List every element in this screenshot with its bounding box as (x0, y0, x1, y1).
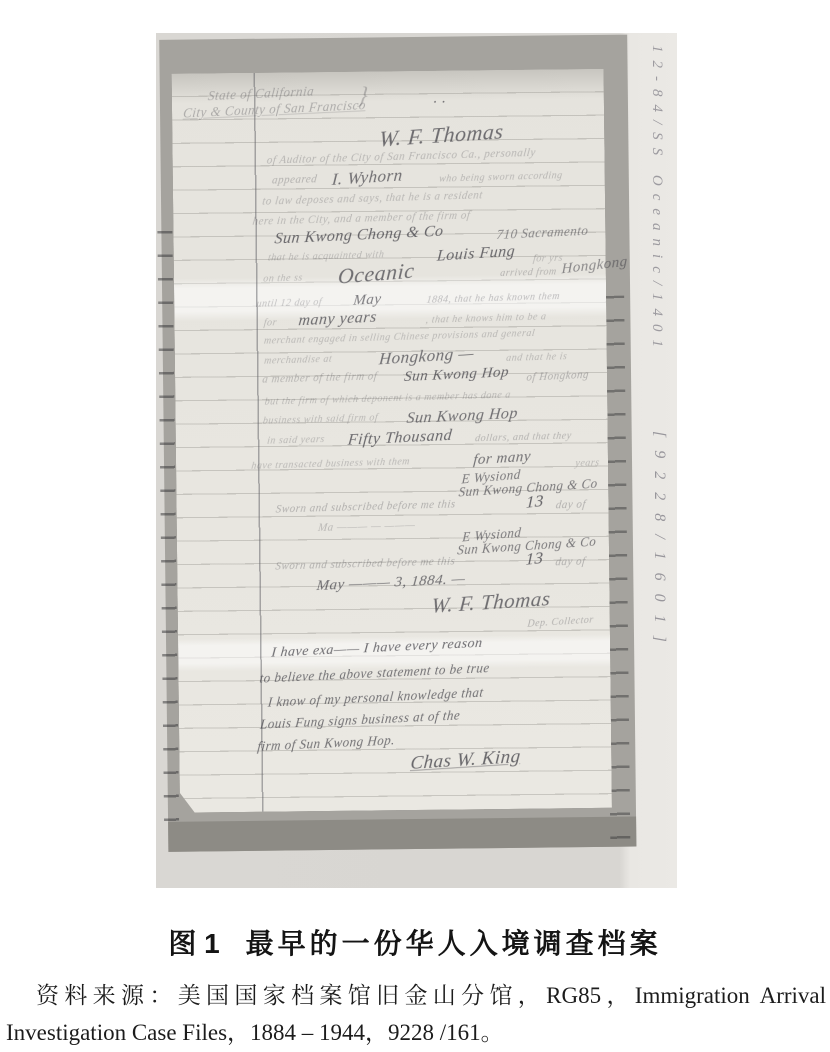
figure-source-line2: Investigation Case Files，1884 – 1944，922… (6, 1014, 826, 1051)
handwriting-line: Fifty Thousand (347, 427, 453, 450)
archival-photo: State of California}City & County of San… (156, 33, 677, 888)
handwriting-line: 1884, that he has known them (426, 291, 561, 306)
handwriting-layer: State of California}City & County of San… (156, 33, 677, 888)
handwriting-line: Dep. Collector (527, 615, 594, 630)
handwriting-line: I know of my personal knowledge that (267, 685, 484, 711)
margin-annotation-vertical-2: [9228/1601] (650, 431, 668, 655)
handwriting-line: to law deposes and says, that he is a re… (262, 189, 484, 207)
handwriting-line: 13 (525, 548, 544, 570)
handwriting-line: for yrs (532, 253, 563, 265)
handwriting-line: May ——— 3, 1884. — (316, 571, 466, 595)
handwriting-line: in said years (266, 434, 325, 447)
handwriting-line: to believe the above statement to be tru… (259, 660, 490, 687)
photo-tilt-group: State of California}City & County of San… (156, 33, 677, 888)
handwriting-line: until 12 day of (256, 297, 323, 310)
figure-source: 资料来源：美国国家档案馆旧金山分馆，RG85，Immigration Arriv… (6, 977, 826, 1051)
handwriting-line: have transacted business with them (251, 456, 411, 472)
handwriting-line: merchandise at (264, 354, 333, 367)
handwriting-line: a member of the firm of (262, 370, 378, 385)
handwriting-line: of Auditor of the City of San Francisco … (266, 147, 536, 167)
handwriting-line: for many (473, 449, 532, 470)
handwriting-line: for (263, 317, 277, 328)
margin-annotation-vertical-1: 12-84/SS Oceanic/1401 (648, 45, 665, 355)
handwriting-line: merchant engaged in selling Chinese prov… (263, 328, 535, 347)
handwriting-line: appeared (271, 173, 317, 186)
handwriting-line: Sworn and subscribed before me this (275, 498, 456, 515)
handwriting-line: Sun Kwong Hop (406, 405, 519, 428)
handwriting-line: firm of Sun Kwong Hop. (257, 732, 396, 754)
handwriting-line: and that he is (506, 351, 568, 364)
handwriting-line: · · (432, 95, 447, 112)
handwriting-line: Louis Fung signs business at of the (259, 708, 461, 733)
handwriting-line: day of (555, 499, 587, 512)
handwriting-line: Oceanic (337, 258, 415, 290)
handwriting-line: arrived from (500, 266, 558, 279)
handwriting-line: years (575, 457, 600, 469)
handwriting-line: many years (298, 309, 378, 331)
handwriting-line: I have exa—— I have every reason (271, 636, 484, 662)
handwriting-line: Louis Fung (436, 243, 516, 266)
handwriting-line: Sun Kwong Chong & Co (274, 223, 445, 249)
handwriting-line: of Hongkong (526, 369, 590, 384)
handwriting-line: 13 (526, 491, 545, 513)
handwriting-line: who being sworn according (439, 170, 564, 185)
handwriting-line: , that he knows him to be a (425, 311, 547, 326)
figure-source-line1: 资料来源：美国国家档案馆旧金山分馆，RG85，Immigration Arriv… (36, 977, 826, 1014)
handwriting-line: 710 Sacramento (496, 223, 589, 243)
handwriting-line: May (352, 291, 382, 309)
handwriting-line: dollars, and that they (474, 431, 572, 445)
handwriting-line: Hongkong (561, 254, 627, 279)
handwriting-line: but the firm of which deponent is a memb… (264, 390, 511, 408)
handwriting-line: I. Wyhorn (331, 165, 403, 190)
handwriting-line: Chas W. King (410, 746, 522, 775)
handwriting-line: on the ss (263, 273, 304, 285)
handwriting-line: W. F. Thomas (431, 586, 552, 619)
handwriting-line: business with said firm of (262, 412, 378, 426)
figure-caption: 图 1最早的一份华人入境调查档案 (0, 922, 830, 962)
handwriting-line: Sun Kwong Hop (403, 364, 509, 386)
handwriting-line: Sworn and subscribed before me this (275, 555, 456, 572)
figure-caption-label: 图 1 (168, 928, 219, 959)
handwriting-line: Ma ——— — ——— (317, 519, 416, 534)
handwriting-line: day of (555, 556, 587, 569)
figure-caption-title: 最早的一份华人入境调查档案 (246, 928, 662, 959)
